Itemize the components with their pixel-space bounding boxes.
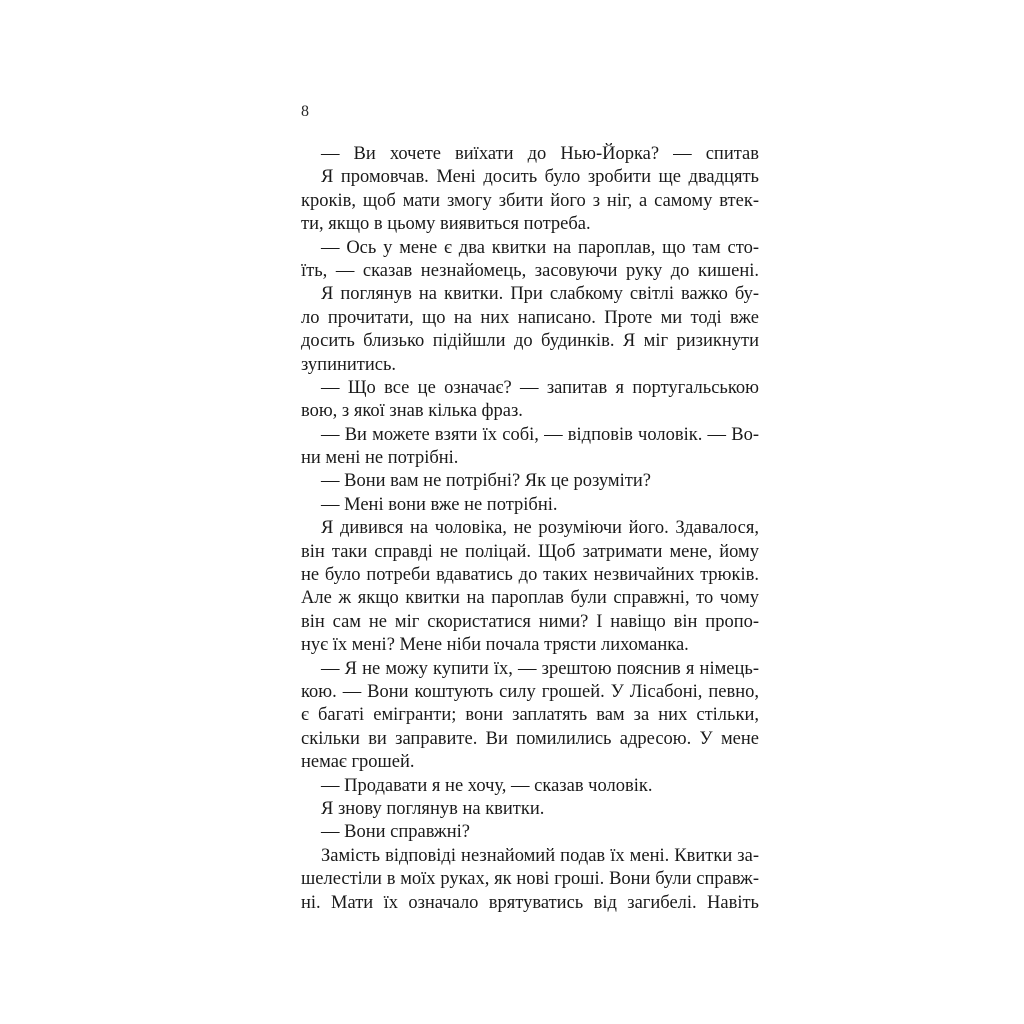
text-line: їть, — сказав незнайомець, засовуючи рук… (301, 260, 759, 283)
text-line: Я знову поглянув на квитки. (301, 798, 759, 821)
text-line: досить близько підійшли до будинків. Я м… (301, 330, 759, 353)
text-line: — Вони справжні? (301, 821, 759, 844)
text-line: Я дивився на чоловіка, не розуміючи його… (301, 517, 759, 540)
text-line: Я поглянув на квитки. При слабкому світл… (301, 283, 759, 306)
text-line: він сам не міг скористатися ними? І наві… (301, 611, 759, 634)
text-line: — Вони вам не потрібні? Як це розуміти? (301, 470, 759, 493)
text-line: немає грошей. (301, 751, 759, 774)
text-line: — Мені вони вже не потрібні. (301, 494, 759, 517)
text-line: — Що все це означає? — запитав я португа… (301, 377, 759, 400)
text-line: є багаті емігранти; вони заплатять вам з… (301, 704, 759, 727)
text-line: — Я не можу купити їх, — зрештою пояснив… (301, 658, 759, 681)
text-line: кою. — Вони коштують силу грошей. У Ліса… (301, 681, 759, 704)
book-page: 8 — Ви хочете виїхати до Нью-Йорка? — сп… (0, 0, 1024, 1024)
text-line: Але ж якщо квитки на пароплав були справ… (301, 587, 759, 610)
text-line: — Ви можете взяти їх собі, — відповів чо… (301, 424, 759, 447)
text-line: — Ось у мене є два квитки на пароплав, щ… (301, 237, 759, 260)
text-line: скільки ви заправите. Ви помилились адре… (301, 728, 759, 751)
text-line: Замість відповіді незнайомий подав їх ме… (301, 845, 759, 868)
text-line: ти, якщо в цьому виявиться потреба. (301, 213, 759, 236)
text-line: нує їх мені? Мене ніби почала трясти лих… (301, 634, 759, 657)
text-line: ни мені не потрібні. (301, 447, 759, 470)
page-number: 8 (301, 104, 309, 120)
text-line: ні. Мати їх означало врятуватись від заг… (301, 892, 759, 915)
text-line: кроків, щоб мати змогу збити його з ніг,… (301, 190, 759, 213)
text-line: вою, з якої знав кілька фраз. (301, 400, 759, 423)
text-line: шелестіли в моїх руках, як нові гроші. В… (301, 868, 759, 891)
text-block: — Ви хочете виїхати до Нью-Йорка? — спит… (301, 143, 759, 915)
text-line: Я промовчав. Мені досить було зробити ще… (301, 166, 759, 189)
text-line: ло прочитати, що на них написано. Проте … (301, 307, 759, 330)
text-line: зупинитись. (301, 354, 759, 377)
text-line: — Ви хочете виїхати до Нью-Йорка? — спит… (301, 143, 759, 166)
text-line: — Продавати я не хочу, — сказав чоловік. (301, 775, 759, 798)
text-line: не було потреби вдаватись до таких незви… (301, 564, 759, 587)
text-line: він таки справді не поліцай. Щоб затрима… (301, 541, 759, 564)
